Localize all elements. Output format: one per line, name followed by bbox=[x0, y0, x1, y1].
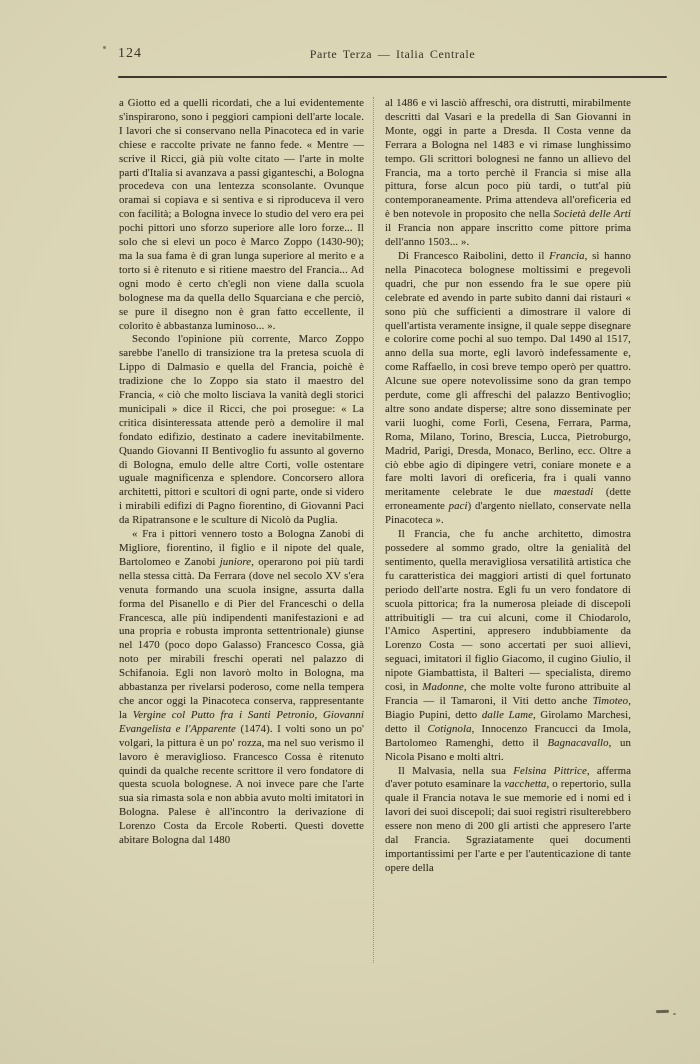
paragraph: Il Malvasia, nella sua Felsina Pittrice,… bbox=[385, 765, 631, 876]
header-rule bbox=[118, 76, 667, 78]
paragraph: Secondo l'opinione più corrente, Marco Z… bbox=[119, 333, 364, 528]
print-speck bbox=[103, 46, 106, 49]
right-column: al 1486 e vi lasciò affreschi, ora distr… bbox=[385, 97, 631, 876]
ink-smudge bbox=[656, 1010, 669, 1013]
left-column: a Giotto ed a quelli ricordati, che a lu… bbox=[119, 97, 364, 848]
paragraph: al 1486 e vi lasciò affreschi, ora distr… bbox=[385, 97, 631, 250]
book-page: 124 Parte Terza — Italia Centrale a Giot… bbox=[0, 0, 700, 1064]
paragraph: Di Francesco Raibolini, detto il Francia… bbox=[385, 250, 631, 528]
paragraph: Il Francia, che fu anche architetto, dim… bbox=[385, 528, 631, 764]
paragraph: a Giotto ed a quelli ricordati, che a lu… bbox=[119, 97, 364, 333]
column-divider-rule bbox=[373, 97, 374, 963]
paragraph: « Fra i pittori vennero tosto a Bologna … bbox=[119, 528, 364, 848]
running-head: Parte Terza — Italia Centrale bbox=[118, 47, 667, 62]
ink-smudge-dot bbox=[673, 1013, 676, 1015]
page-header: 124 Parte Terza — Italia Centrale bbox=[118, 44, 667, 66]
